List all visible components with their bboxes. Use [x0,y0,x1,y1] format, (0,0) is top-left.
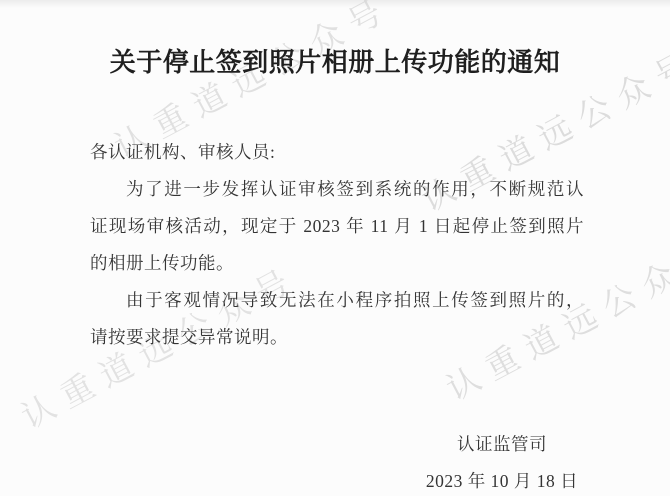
notice-page: 认重道远公众号 认重道远公众号 认重道远公众号 认重道远公众号 关于停止签到照片… [0,0,670,496]
paragraph-1-line-2: 证现场审核活动，现定于 2023 年 11 月 1 日起停止签到照片 [90,208,584,245]
signature-block: 认证监管司 2023 年 10 月 18 日 [380,426,624,496]
paragraph-2-line-1: 由于客观情况导致无法在小程序拍照上传签到照片的， [90,282,584,319]
signature: 认证监管司 [380,426,624,463]
notice-date: 2023 年 10 月 18 日 [380,463,624,496]
paragraph-1-line-1: 为了进一步发挥认证审核签到系统的作用，不断规范认 [90,171,584,208]
salutation-line: 各认证机构、审核人员: [90,134,584,171]
notice-title: 关于停止签到照片相册上传功能的通知 [0,47,670,79]
paragraph-1-line-3: 的相册上传功能。 [90,245,584,282]
paragraph-2-line-2: 请按要求提交异常说明。 [90,319,584,356]
notice-body: 各认证机构、审核人员: 为了进一步发挥认证审核签到系统的作用，不断规范认 证现场… [90,134,584,356]
